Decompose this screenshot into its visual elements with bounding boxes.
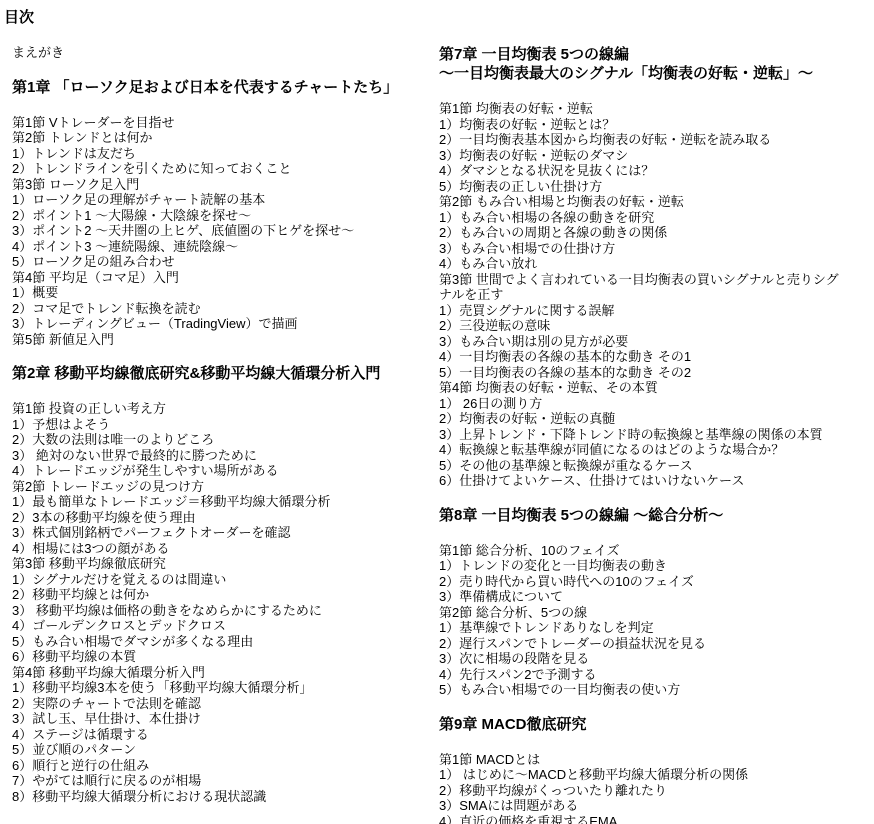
toc-section-line: 第3節 ローソク足入門 [12,177,432,193]
toc-item-line: 1）基準線でトレンドありなしを判定 [439,620,839,636]
toc-section-line: 第2節 トレンドとは何か [12,130,432,146]
toc-item-line: 5）均衡表の正しい仕掛け方 [439,179,839,195]
toc-item-line: 5）並び順のパターン [12,742,432,758]
toc-item-line: 1）トレンドは友だち [12,146,432,162]
toc-section-line: 第1節 MACDとは [439,752,839,768]
toc-item-line: 4）先行スパン2で予測する [439,667,839,683]
toc-item-line: 1）最も簡単なトレードエッジ＝移動平均線大循環分析 [12,494,432,510]
toc-column-right: 第7章 一目均衡表 5つの線編 ～一目均衡表最大のシグナル「均衡表の好転・逆転」… [439,45,839,824]
toc-item-line: 4）直近の価格を重視するEMA [439,814,839,824]
toc-section-line: 第1節 投資の正しい考え方 [12,401,432,417]
toc-item-line: 1）概要 [12,285,432,301]
toc-item-line: 1） はじめに～MACDと移動平均線大循環分析の関係 [439,767,839,783]
toc-section-line: 第2節 総合分析、5つの線 [439,605,839,621]
toc-item-line: 3）SMAには問題がある [439,798,839,814]
toc-item-line: 3）ポイント2 ～天井圏の上ヒゲ、底値圏の下ヒゲを探せ～ [12,223,432,239]
toc-item-line: 3） 絶対のない世界で最終的に勝つために [12,448,432,464]
toc-item-line: 1）均衡表の好転・逆転とは？ [439,117,839,133]
toc-item-line: 5）一目均衡表の各線の基本的な動き その2 [439,365,839,381]
chapter-heading: 第8章 一目均衡表 5つの線編 ～総合分析～ [439,506,839,525]
toc-page: 目次 まえがき第1章 「ローソク足および日本を代表するチャートたち」第1節 Vト… [0,0,874,824]
toc-section-line: 第4節 平均足（コマ足）入門 [12,270,432,286]
toc-lines-group: 第1節 MACDとは1） はじめに～MACDと移動平均線大循環分析の関係2）移動… [439,752,839,824]
toc-item-line: 4）ステージは循環する [12,727,432,743]
toc-lines-group: 第1節 Vトレーダーを目指せ第2節 トレンドとは何か1）トレンドは友だち2）トレ… [12,115,432,348]
toc-item-line: 8）移動平均線大循環分析における現状認識 [12,789,432,805]
toc-item-line: 1）予想はよそう [12,417,432,433]
toc-section-line: 第4節 移動平均線大循環分析入門 [12,665,432,681]
toc-item-line: 4）ゴールデンクロスとデッドクロス [12,618,432,634]
toc-item-line: 1）もみ合い相場の各線の動きを研究 [439,210,839,226]
toc-item-line: 5）もみ合い相場での一目均衡表の使い方 [439,682,839,698]
chapter-heading: 第7章 一目均衡表 5つの線編 ～一目均衡表最大のシグナル「均衡表の好転・逆転」… [439,45,839,83]
toc-item-line: 6）順行と逆行の仕組み [12,758,432,774]
toc-item-line: 6）仕掛けてよいケース、仕掛けてはいけないケース [439,473,839,489]
toc-item-line: 4）ポイント3 ～連続陽線、連続陰線～ [12,239,432,255]
toc-item-line: 3）均衡表の好転・逆転のダマシ [439,148,839,164]
toc-lines-group: 第1節 均衡表の好転・逆転1）均衡表の好転・逆転とは？2）一目均衡表基本図から均… [439,101,839,489]
toc-section-line: 第2節 もみ合い相場と均衡表の好転・逆転 [439,194,839,210]
toc-item-line: 3）準備構成について [439,589,839,605]
toc-item-line: 7）やがては順行に戻るのが相場 [12,773,432,789]
toc-column-left: まえがき第1章 「ローソク足および日本を代表するチャートたち」第1節 Vトレーダ… [12,45,432,804]
toc-section-line: 第3節 移動平均線徹底研究 [12,556,432,572]
chapter-heading: 第9章 MACD徹底研究 [439,715,839,734]
toc-item-line: 1）ローソク足の理解がチャート読解の基本 [12,192,432,208]
toc-item-line: 2）もみ合いの周期と各線の動きの関係 [439,225,839,241]
toc-item-line: 5）もみ合い相場でダマシが多くなる理由 [12,634,432,650]
toc-item-line: 2）移動平均線がくっついたり離れたり [439,783,839,799]
toc-item-line: 2）大数の法則は唯一のよりどころ [12,432,432,448]
toc-item-line: 4）トレードエッジが発生しやすい場所がある [12,463,432,479]
toc-item-line: 4）ダマシとなる状況を見抜くには？ [439,163,839,179]
toc-item-line: 2）三役逆転の意味 [439,318,839,334]
toc-lines-group: 第1節 投資の正しい考え方1）予想はよそう2）大数の法則は唯一のよりどころ3） … [12,401,432,804]
toc-item-line: 4）転換線と転基準線が同値になるのはどのような場合か？ [439,442,839,458]
toc-item-line: 4）相場には3つの顔がある [12,541,432,557]
preface-line: まえがき [12,45,432,61]
toc-item-line: 4）もみ合い放れ [439,256,839,272]
toc-item-line: 3）上昇トレンド・下降トレンド時の転換線と基準線の関係の本質 [439,427,839,443]
page-title: 目次 [4,8,34,27]
toc-item-line: 3）トレーディングビュー（TradingView）で描画 [12,316,432,332]
toc-lines-group: 第1節 総合分析、10のフェイズ1）トレンドの変化と一目均衡表の動き2）売り時代… [439,543,839,698]
toc-item-line: 3）もみ合い相場での仕掛け方 [439,241,839,257]
toc-section-line: 第2節 トレードエッジの見つけ方 [12,479,432,495]
toc-section-line: 第3節 世間でよく言われている一目均衡表の買いシグナルと売りシグナルを正す [439,272,839,303]
toc-item-line: 1） 26日の測り方 [439,396,839,412]
chapter-heading: 第2章 移動平均線徹底研究&移動平均線大循環分析入門 [12,364,432,383]
toc-item-line: 1）トレンドの変化と一目均衡表の動き [439,558,839,574]
toc-item-line: 2）一目均衡表基本図から均衡表の好転・逆転を読み取る [439,132,839,148]
toc-item-line: 5）その他の基準線と転換線が重なるケース [439,458,839,474]
toc-item-line: 2）移動平均線とは何か [12,587,432,603]
toc-item-line: 2）ポイント1 ～大陽線・大陰線を探せ～ [12,208,432,224]
chapter-heading: 第1章 「ローソク足および日本を代表するチャートたち」 [12,78,432,97]
toc-section-line: 第5節 新値足入門 [12,332,432,348]
toc-item-line: 3）次に相場の段階を見る [439,651,839,667]
toc-item-line: 3） 移動平均線は価格の動きをなめらかにするために [12,603,432,619]
toc-item-line: 6）移動平均線の本質 [12,649,432,665]
toc-item-line: 1）移動平均線3本を使う「移動平均線大循環分析」 [12,680,432,696]
toc-item-line: 2）実際のチャートで法則を確認 [12,696,432,712]
toc-item-line: 4）一目均衡表の各線の基本的な動き その1 [439,349,839,365]
toc-section-line: 第1節 Vトレーダーを目指せ [12,115,432,131]
toc-item-line: 2）売り時代から買い時代への10のフェイズ [439,574,839,590]
toc-section-line: 第1節 均衡表の好転・逆転 [439,101,839,117]
toc-item-line: 5）ローソク足の組み合わせ [12,254,432,270]
toc-section-line: 第1節 総合分析、10のフェイズ [439,543,839,559]
toc-item-line: 1）売買シグナルに関する誤解 [439,303,839,319]
toc-item-line: 2）トレンドラインを引くために知っておくこと [12,161,432,177]
toc-item-line: 2）遅行スパンでトレーダーの損益状況を見る [439,636,839,652]
toc-item-line: 2）コマ足でトレンド転換を読む [12,301,432,317]
toc-item-line: 3）もみ合い期は別の見方が必要 [439,334,839,350]
toc-item-line: 3）試し玉、早仕掛け、本仕掛け [12,711,432,727]
toc-section-line: 第4節 均衡表の好転・逆転、その本質 [439,380,839,396]
toc-item-line: 3）株式個別銘柄でパーフェクトオーダーを確認 [12,525,432,541]
toc-item-line: 2）3本の移動平均線を使う理由 [12,510,432,526]
toc-item-line: 1）シグナルだけを覚えるのは間違い [12,572,432,588]
toc-item-line: 2）均衡表の好転・逆転の真髄 [439,411,839,427]
